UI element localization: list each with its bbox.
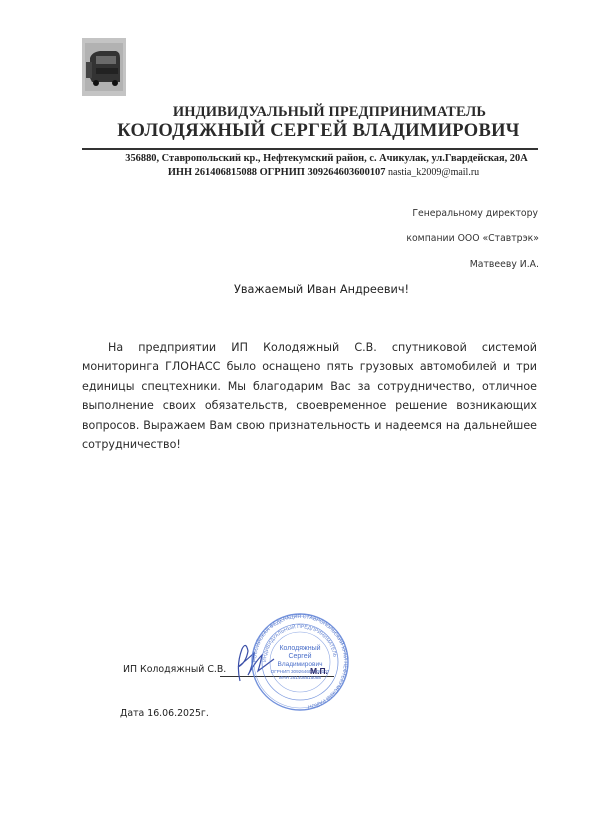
letter-page: ИНДИВИДУАЛЬНЫЙ ПРЕДПРИНИМАТЕЛЬ КОЛОДЯЖНЫ… xyxy=(0,0,595,818)
svg-text:Колодяжный: Колодяжный xyxy=(279,644,320,652)
letterhead-divider xyxy=(82,148,538,150)
truck-logo-icon xyxy=(82,38,126,96)
letterhead-ids: ИНН 261406815088 ОГРНИП 309264603600107 … xyxy=(0,167,595,178)
letter-date: Дата 16.06.2025г. xyxy=(120,708,209,719)
svg-text:Сергей: Сергей xyxy=(288,652,311,660)
letterhead-name: КОЛОДЯЖНЫЙ СЕРГЕЙ ВЛАДИМИРОВИЧ xyxy=(0,121,595,142)
letterhead-email: nastia_k2009@mail.ru xyxy=(388,167,479,178)
recipient-name: Матвееву И.А. xyxy=(470,259,539,270)
greeting: Уважаемый Иван Андреевич! xyxy=(0,283,595,296)
letterhead-title: ИНДИВИДУАЛЬНЫЙ ПРЕДПРИНИМАТЕЛЬ xyxy=(0,104,595,121)
signer-label: ИП Колодяжный С.В. xyxy=(123,664,226,675)
letterhead-inn-ogrnip: ИНН 261406815088 ОГРНИП 309264603600107 xyxy=(168,167,386,178)
letterhead-address: 356880, Ставропольский кр., Нефтекумский… xyxy=(0,153,595,164)
letter-body: На предприятии ИП Колодяжный С.В. спутни… xyxy=(82,338,537,454)
recipient-company: компании ООО «Ставтрэк» xyxy=(406,233,539,244)
stamp-place-label: М.П. xyxy=(310,666,328,676)
recipient-position: Генеральному директору xyxy=(412,208,538,219)
official-stamp-icon: РОССИЙСКАЯ ФЕДЕРАЦИЯ СТАВРОПОЛЬСКИЙ КРАЙ… xyxy=(250,612,350,712)
